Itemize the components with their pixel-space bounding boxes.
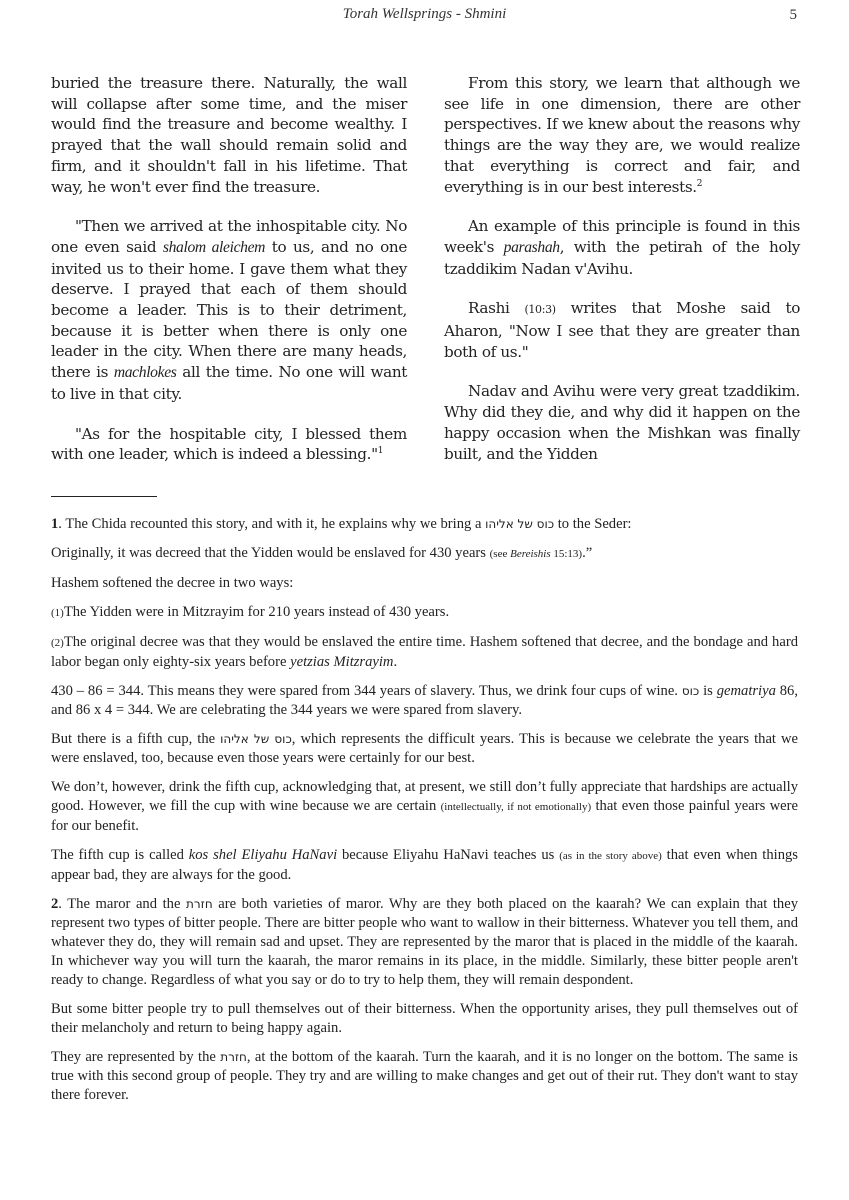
- list-marker: (2): [51, 637, 64, 649]
- paragraph: From this story, we learn that although …: [444, 73, 800, 197]
- footnote-text: But some bitter people try to pull thems…: [51, 1001, 798, 1036]
- footnote-text: The Yidden were in Mitzrayim for 210 yea…: [64, 604, 449, 620]
- hebrew-term: כוס של אליהו: [220, 732, 292, 746]
- italic-term: kos shel Eliyahu HaNavi: [189, 847, 337, 863]
- source-reference: (see Bereishis 15:13): [490, 548, 582, 560]
- footnote-text: is: [699, 683, 716, 699]
- paragraph-text: Nadav and Avihu were very great tzaddiki…: [444, 382, 800, 462]
- footnote-paragraph: Hashem softened the decree in two ways:: [51, 574, 798, 593]
- paragraph-text: to us, and no one invited us to their ho…: [51, 238, 407, 381]
- paragraph: An example of this principle is found in…: [444, 216, 800, 279]
- list-marker: (1): [51, 607, 64, 619]
- ref-text: 15:13): [551, 548, 582, 560]
- footnote-text: 430 – 86 = 344. This means they were spa…: [51, 683, 682, 699]
- ref-text: (see: [490, 548, 510, 560]
- paragraph: "As for the hospitable city, I blessed t…: [51, 424, 407, 465]
- italic-term: shalom aleichem: [163, 239, 265, 256]
- footnote-text: to the Seder:: [554, 516, 631, 532]
- hebrew-term: כוס: [682, 684, 699, 698]
- footnote-text: Hashem softened the decree in two ways:: [51, 575, 293, 591]
- footnote-text: They are represented by the: [51, 1049, 220, 1065]
- left-column: buried the treasure there. Naturally, th…: [51, 73, 407, 484]
- footnote-ref[interactable]: 2: [697, 179, 702, 189]
- footnotes: 1. The Chida recounted this story, and w…: [51, 515, 798, 1115]
- footnote-divider: [51, 496, 157, 497]
- footnote-paragraph: Originally, it was decreed that the Yidd…: [51, 544, 798, 564]
- italic-term: gematriya: [717, 683, 776, 699]
- hebrew-term: כוס של אליהו: [485, 517, 554, 531]
- footnote-paragraph: 430 – 86 = 344. This means they were spa…: [51, 682, 798, 720]
- aside-text: (as in the story above): [559, 850, 662, 862]
- page-number: 5: [790, 7, 798, 24]
- paragraph-text: From this story, we learn that although …: [444, 74, 800, 196]
- footnote-text: But there is a fifth cup, the: [51, 731, 220, 747]
- ref-book: Bereishis: [510, 548, 551, 560]
- paragraph-text: Rashi: [468, 299, 524, 317]
- italic-term: yetzias Mitzrayim: [290, 654, 393, 670]
- footnote-paragraph: We don’t, however, drink the fifth cup, …: [51, 778, 798, 836]
- footnote-paragraph: But some bitter people try to pull thems…: [51, 1000, 798, 1038]
- footnote-text: . The maror and the: [58, 896, 186, 912]
- footnote-text: because Eliyahu HaNavi teaches us: [337, 847, 559, 863]
- right-column: From this story, we learn that although …: [444, 73, 800, 483]
- paragraph-text: "As for the hospitable city, I blessed t…: [51, 425, 407, 464]
- footnote-paragraph: The fifth cup is called kos shel Eliyahu…: [51, 846, 798, 885]
- italic-term: machlokes: [114, 364, 177, 381]
- source-reference: (10:3): [524, 303, 555, 316]
- paragraph: "Then we arrived at the inhospitable cit…: [51, 216, 407, 404]
- paragraph: buried the treasure there. Naturally, th…: [51, 73, 407, 197]
- italic-term: parashah: [504, 239, 560, 256]
- footnote-text: .”: [582, 545, 592, 561]
- paragraph: Rashi (10:3) writes that Moshe said to A…: [444, 298, 800, 362]
- footnote-paragraph: They are represented by the חזרת, at the…: [51, 1048, 798, 1105]
- footnote-1: 1. The Chida recounted this story, and w…: [51, 515, 798, 534]
- paragraph-text: buried the treasure there. Naturally, th…: [51, 74, 407, 196]
- footnote-paragraph: But there is a fifth cup, the כוס של אלי…: [51, 730, 798, 768]
- footnote-paragraph: (1)The Yidden were in Mitzrayim for 210 …: [51, 603, 798, 623]
- running-title: Torah Wellsprings - Shmini: [0, 6, 849, 23]
- footnote-text: Originally, it was decreed that the Yidd…: [51, 545, 490, 561]
- aside-text: (intellectually, if not emotionally): [441, 801, 591, 813]
- hebrew-term: חזרת: [186, 897, 213, 911]
- hebrew-term: חזרת: [220, 1050, 247, 1064]
- footnote-text: The original decree was that they would …: [51, 634, 798, 670]
- footnote-2: 2. The maror and the חזרת are both varie…: [51, 895, 798, 990]
- page-header: Torah Wellsprings - Shmini 5: [0, 6, 849, 30]
- footnote-paragraph: (2)The original decree was that they wou…: [51, 633, 798, 672]
- footnote-text: .: [393, 654, 397, 670]
- footnote-ref[interactable]: 1: [378, 446, 383, 456]
- footnote-text: . The Chida recounted this story, and wi…: [58, 516, 485, 532]
- paragraph: Nadav and Avihu were very great tzaddiki…: [444, 381, 800, 464]
- footnote-text: The fifth cup is called: [51, 847, 189, 863]
